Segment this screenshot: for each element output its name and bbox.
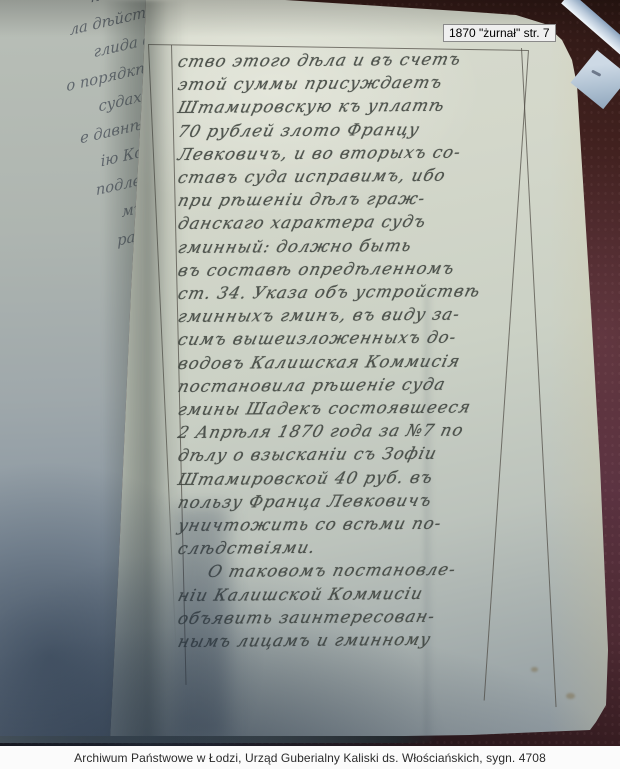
handwriting-line: 2 Апрѣля 1870 года за №7 по xyxy=(176,421,466,442)
handwriting-line: О таковомъ постановле- xyxy=(206,560,458,581)
handwriting-line: постановила рѣшеніе суда xyxy=(176,374,448,395)
handwriting-line: симъ вышеизложенныхъ до- xyxy=(176,328,459,349)
handwriting-line: дѣлу о взысканіи съ Зофіи xyxy=(176,444,439,465)
page-crease xyxy=(424,290,434,740)
handwriting-line: Левковичъ, и во вторыхъ со- xyxy=(176,142,463,163)
handwriting-line: гминныхъ гминъ, въ виду за- xyxy=(176,305,462,326)
pencil-mark xyxy=(591,70,601,77)
handwriting-line: при рѣшеніи дѣлъ граж- xyxy=(176,189,428,210)
margin-rule-right-outer xyxy=(484,50,530,701)
handwriting-line: Штамировскую къ уплатѣ xyxy=(176,96,447,117)
date-label: 1870 "żurnał" str. 7 xyxy=(443,24,556,42)
handwriting-line: 70 рублей злото Францу xyxy=(176,119,422,140)
margin-rule-right-inner xyxy=(521,48,557,707)
archive-photo: гатѣновъ зала дѣйствглида въо порядкѣ р.… xyxy=(0,0,620,746)
handwriting-line: гминный: должно быть xyxy=(176,236,414,257)
handwriting-line: Штамировской 40 руб. въ xyxy=(176,467,435,488)
handwriting-line: въ составѣ опредѣленномъ xyxy=(176,258,457,279)
fold-shadow xyxy=(176,505,228,740)
ink-stain xyxy=(566,693,575,699)
handwriting-line: ство этого дѣла и въ счетъ xyxy=(176,50,463,71)
gutter-shadow xyxy=(102,0,186,746)
page-bottom-edge xyxy=(0,736,438,743)
handwriting-line: водовъ Калишская Коммисія xyxy=(176,351,463,372)
caption-text: Archiwum Państwowe w Łodzi, Urząd Guberi… xyxy=(74,751,546,765)
handwriting-line: ст. 34. Указа объ устройствѣ xyxy=(176,281,483,303)
handwriting-line: ставъ суда исправимъ, ибо xyxy=(176,166,448,187)
ink-stain xyxy=(531,667,538,672)
caption-bar: Archiwum Państwowe w Łodzi, Urząd Guberi… xyxy=(0,746,620,769)
handwriting-line: этой суммы присуждаетъ xyxy=(176,73,445,94)
handwriting-line: данскаго характера судъ xyxy=(176,212,428,233)
